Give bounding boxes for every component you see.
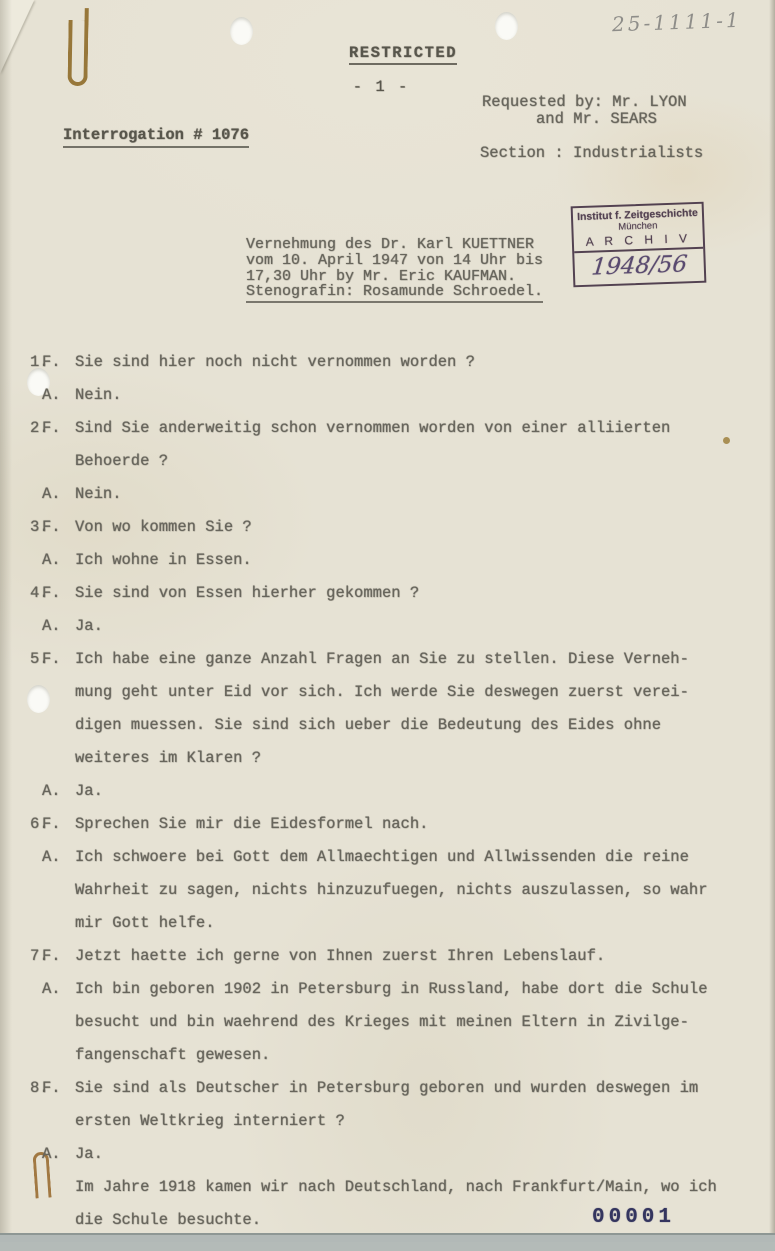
answer: A.Ja. <box>42 775 775 808</box>
transcript-line: Ja. <box>75 610 775 643</box>
speaker-marker: F. <box>42 808 75 841</box>
speaker-marker: F. <box>42 511 75 544</box>
question-number: 7. <box>0 940 42 1072</box>
stenographer-line: Stenografin: Rosamunde Schroedel. <box>246 284 543 303</box>
answer: A.Ich wohne in Essen. <box>42 544 775 577</box>
paper-page: 25-1111-1 RESTRICTED - 1 - Requested by:… <box>0 0 775 1242</box>
header-line: Vernehmung des Dr. Karl KUETTNER <box>246 237 543 253</box>
speaker-marker: A. <box>42 610 75 643</box>
speaker-marker: A. <box>42 544 75 577</box>
question: F.Ich habe eine ganze Anzahl Fragen an S… <box>42 643 775 775</box>
qa-body: F.Jetzt haette ich gerne von Ihnen zuers… <box>42 940 775 1072</box>
qa-transcript: 1.F.Sie sind hier noch nicht vernommen w… <box>0 346 775 1237</box>
answer: A.Ich schwoere bei Gott dem Allmaechtige… <box>42 841 775 940</box>
question: F.Von wo kommen Sie ? <box>42 511 775 544</box>
qa-lines: Ich wohne in Essen. <box>75 544 775 577</box>
transcript-line: digen muessen. Sie sind sich ueber die B… <box>75 709 775 742</box>
answer: A.Ja. <box>42 1138 775 1171</box>
transcript-line: Ich wohne in Essen. <box>75 544 775 577</box>
transcript-line: Ich schwoere bei Gott dem Allmaechtigen … <box>75 841 775 874</box>
transcript-line: weiteres im Klaren ? <box>75 742 775 775</box>
qa-item: 2.F.Sind Sie anderweitig schon vernommen… <box>0 412 775 511</box>
speaker-marker: F. <box>42 1072 75 1138</box>
qa-item: 1.F.Sie sind hier noch nicht vernommen w… <box>0 346 775 412</box>
question-number: 8. <box>0 1072 42 1237</box>
transcript-line: Ja. <box>75 775 775 808</box>
qa-body: F.Ich habe eine ganze Anzahl Fragen an S… <box>42 643 775 808</box>
transcript-line: Sie sind von Essen hierher gekommen ? <box>75 577 775 610</box>
qa-lines: Nein. <box>75 379 775 412</box>
transcript-line: Ich habe eine ganze Anzahl Fragen an Sie… <box>75 643 775 676</box>
question-number: 6. <box>0 808 42 940</box>
speaker-marker: F. <box>42 412 75 478</box>
qa-lines: Ja. <box>75 610 775 643</box>
requested-by-line2: and Mr. SEARS <box>536 111 687 128</box>
transcript-line: mir Gott helfe. <box>75 907 775 940</box>
transcript-line: Sie sind als Deutscher in Petersburg geb… <box>75 1072 775 1105</box>
question-number: 4. <box>0 577 42 643</box>
transcript-line: Sprechen Sie mir die Eidesformel nach. <box>75 808 775 841</box>
qa-lines: Ich bin geboren 1902 in Petersburg in Ru… <box>75 973 775 1072</box>
transcript-line: Jetzt haette ich gerne von Ihnen zuerst … <box>75 940 775 973</box>
transcript-line: Ja. <box>75 1138 775 1171</box>
speaker-marker: A. <box>42 478 75 511</box>
interrogation-header-block: Vernehmung des Dr. Karl KUETTNER vom 10.… <box>246 237 543 303</box>
speaker-marker: F. <box>42 346 75 379</box>
question: F.Sind Sie anderweitig schon vernommen w… <box>42 412 775 478</box>
qa-body: F.Sprechen Sie mir die Eidesformel nach.… <box>42 808 775 940</box>
qa-lines: Ich schwoere bei Gott dem Allmaechtigen … <box>75 841 775 940</box>
qa-lines: Nein. <box>75 478 775 511</box>
archive-stamp-header: Institut f. Zeitgeschichte München A R C… <box>573 204 703 253</box>
qa-lines: Sind Sie anderweitig schon vernommen wor… <box>75 412 775 478</box>
qa-item: 6.F.Sprechen Sie mir die Eidesformel nac… <box>0 808 775 940</box>
question-number: 5. <box>0 643 42 808</box>
question-number: 3. <box>0 511 42 577</box>
section-line: Section : Industrialists <box>480 144 703 162</box>
qa-body: F.Sind Sie anderweitig schon vernommen w… <box>42 412 775 511</box>
answer: A.Nein. <box>42 379 775 412</box>
speaker-marker <box>42 1171 75 1237</box>
answer: A.Ja. <box>42 610 775 643</box>
question: F.Sie sind hier noch nicht vernommen wor… <box>42 346 775 379</box>
transcript-line: Nein. <box>75 379 775 412</box>
speaker-marker: A. <box>42 775 75 808</box>
qa-item: 3.F.Von wo kommen Sie ?A.Ich wohne in Es… <box>0 511 775 577</box>
speaker-marker: F. <box>42 577 75 610</box>
page-number: - 1 - <box>346 78 416 96</box>
requested-by-line1: Requested by: Mr. LYON <box>482 94 687 111</box>
answer: A.Nein. <box>42 478 775 511</box>
archive-stamp-line3: A R C H I V <box>576 231 701 249</box>
question: F.Jetzt haette ich gerne von Ihnen zuers… <box>42 940 775 973</box>
qa-lines: Ja. <box>75 1138 775 1171</box>
transcript-line: Behoerde ? <box>75 445 775 478</box>
archive-stamp: Institut f. Zeitgeschichte München A R C… <box>571 202 707 288</box>
qa-lines: Sprechen Sie mir die Eidesformel nach. <box>75 808 775 841</box>
punch-hole <box>230 17 253 45</box>
qa-item: 4.F.Sie sind von Essen hierher gekommen … <box>0 577 775 643</box>
question-number: 2. <box>0 412 42 511</box>
page-serial-stamp: 00001 <box>592 1206 675 1229</box>
handwritten-reference: 25-1111-1 <box>612 8 742 37</box>
question: F.Sprechen Sie mir die Eidesformel nach. <box>42 808 775 841</box>
speaker-marker: A. <box>42 841 75 940</box>
transcript-line: mung geht unter Eid vor sich. Ich werde … <box>75 676 775 709</box>
scan-bottom-edge <box>0 1233 775 1242</box>
question: F.Sie sind als Deutscher in Petersburg g… <box>42 1072 775 1138</box>
qa-item: 5.F.Ich habe eine ganze Anzahl Fragen an… <box>0 643 775 808</box>
transcript-line: Ich bin geboren 1902 in Petersburg in Ru… <box>75 973 775 1006</box>
speaker-marker: F. <box>42 643 75 775</box>
qa-lines: Sie sind von Essen hierher gekommen ? <box>75 577 775 610</box>
transcript-line: besucht und bin waehrend des Krieges mit… <box>75 1006 775 1039</box>
transcript-line: ersten Weltkrieg interniert ? <box>75 1105 775 1138</box>
question: F.Sie sind von Essen hierher gekommen ? <box>42 577 775 610</box>
speaker-marker: F. <box>42 940 75 973</box>
qa-lines: Sie sind als Deutscher in Petersburg geb… <box>75 1072 775 1138</box>
archive-stamp-number: 1948/56 <box>573 249 705 286</box>
transcript-line: Im Jahre 1918 kamen wir nach Deutschland… <box>75 1171 775 1204</box>
speaker-marker: A. <box>42 973 75 1072</box>
classification-header: RESTRICTED <box>349 44 457 65</box>
qa-lines: Jetzt haette ich gerne von Ihnen zuerst … <box>75 940 775 973</box>
speaker-marker: A. <box>42 1138 75 1171</box>
interrogation-title: Interrogation # 1076 <box>63 126 249 148</box>
transcript-line: Von wo kommen Sie ? <box>75 511 775 544</box>
header-line: vom 10. April 1947 von 14 Uhr bis <box>246 253 543 269</box>
transcript-line: Sie sind hier noch nicht vernommen worde… <box>75 346 775 379</box>
transcript-line: fangenschaft gewesen. <box>75 1039 775 1072</box>
requested-by-block: Requested by: Mr. LYON and Mr. SEARS <box>482 94 687 128</box>
paperclip-rust-mark <box>67 20 88 86</box>
qa-lines: Ich habe eine ganze Anzahl Fragen an Sie… <box>75 643 775 775</box>
question-number: 1. <box>0 346 42 412</box>
qa-body: F.Von wo kommen Sie ?A.Ich wohne in Esse… <box>42 511 775 577</box>
transcript-line: Sind Sie anderweitig schon vernommen wor… <box>75 412 775 445</box>
qa-lines: Von wo kommen Sie ? <box>75 511 775 544</box>
document-scan: 25-1111-1 RESTRICTED - 1 - Requested by:… <box>0 0 775 1251</box>
qa-body: F.Sie sind von Essen hierher gekommen ?A… <box>42 577 775 643</box>
transcript-line: Nein. <box>75 478 775 511</box>
answer: A.Ich bin geboren 1902 in Petersburg in … <box>42 973 775 1072</box>
qa-lines: Sie sind hier noch nicht vernommen worde… <box>75 346 775 379</box>
qa-body: F.Sie sind hier noch nicht vernommen wor… <box>42 346 775 412</box>
transcript-line: Wahrheit zu sagen, nichts hinzuzufuegen,… <box>75 874 775 907</box>
speaker-marker: A. <box>42 379 75 412</box>
qa-lines: Ja. <box>75 775 775 808</box>
qa-item: 7.F.Jetzt haette ich gerne von Ihnen zue… <box>0 940 775 1072</box>
punch-hole <box>495 12 518 40</box>
